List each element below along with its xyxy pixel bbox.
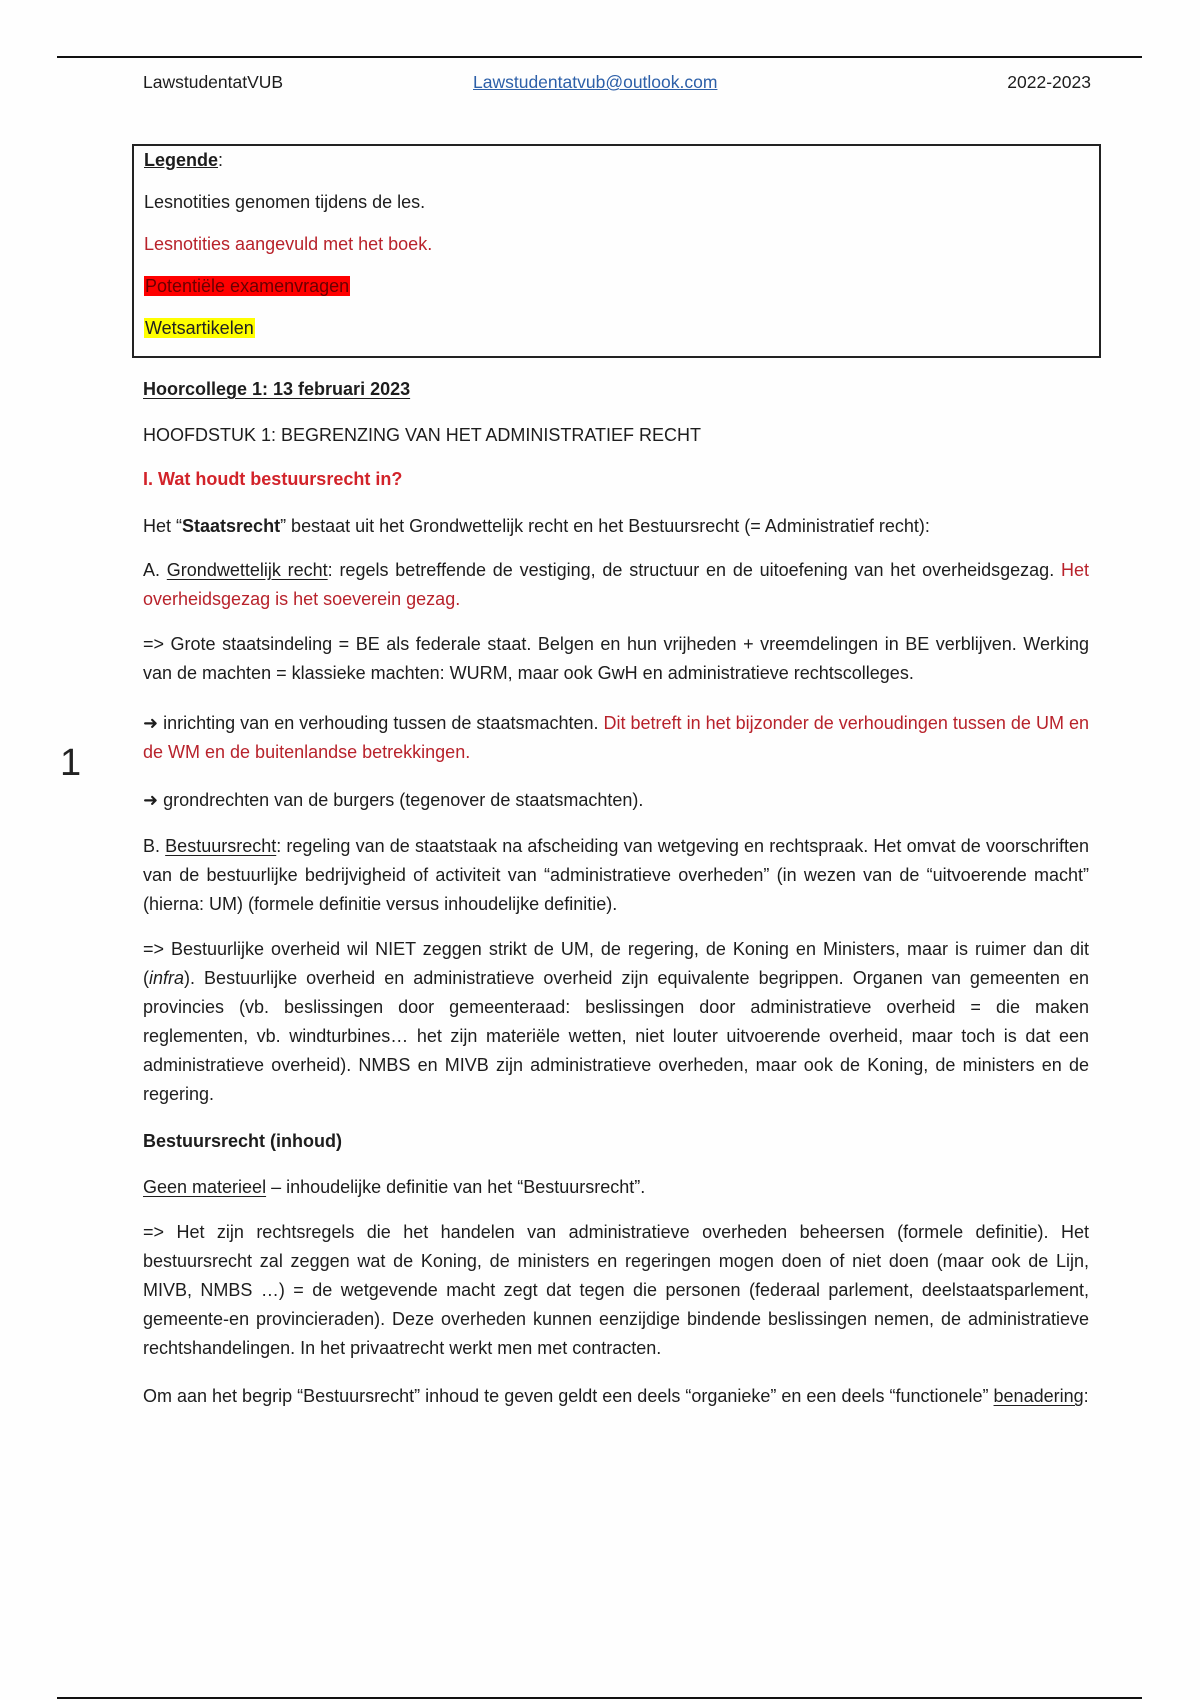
paragraph-benadering: Om aan het begrip “Bestuursrecht” inhoud… — [143, 1382, 1089, 1411]
footer-rule — [57, 1697, 1142, 1699]
paragraph-bestuurlijke-overheid: => Bestuurlijke overheid wil NIET zeggen… — [143, 935, 1089, 1109]
paragraph-grondwettelijk-recht: A. Grondwettelijk recht: regels betreffe… — [143, 556, 1089, 614]
section-title: I. Wat houdt bestuursrecht in? — [143, 465, 1089, 494]
subheading-bestuursrecht-inhoud: Bestuursrecht (inhoud) — [143, 1127, 1089, 1156]
legend-item-law-articles: Wetsartikelen — [144, 316, 255, 340]
paragraph-staatsindeling: => Grote staatsindeling = BE als federal… — [143, 630, 1089, 688]
header-email-link[interactable]: Lawstudentatvub@outlook.com — [473, 72, 717, 93]
header-year: 2022-2023 — [1007, 72, 1091, 93]
lecture-title: Hoorcollege 1: 13 februari 2023 — [143, 375, 1089, 404]
paragraph-rechtsregels: => Het zijn rechtsregels die het handele… — [143, 1218, 1089, 1363]
legend-box: Legende: Lesnotities genomen tijdens de … — [132, 144, 1101, 358]
page-header: LawstudentatVUB Lawstudentatvub@outlook.… — [143, 72, 1091, 98]
legend-item-exam-questions: Potentiële examenvragen — [144, 274, 350, 298]
legend-heading: Legende: — [144, 148, 223, 172]
legend-item-book-notes: Lesnotities aangevuld met het boek. — [144, 232, 432, 256]
paragraph-geen-materieel: Geen materieel – inhoudelijke definitie … — [143, 1173, 1089, 1202]
paragraph-staatsrecht: Het “Staatsrecht” bestaat uit het Grondw… — [143, 512, 1089, 541]
paragraph-bestuursrecht: B. Bestuursrecht: regeling van de staats… — [143, 832, 1089, 919]
arrow-icon: ➜ — [143, 713, 158, 733]
paragraph-inrichting: ➜ inrichting van en verhouding tussen de… — [143, 709, 1089, 767]
header-rule — [57, 56, 1142, 58]
header-author: LawstudentatVUB — [143, 72, 283, 93]
legend-item-class-notes: Lesnotities genomen tijdens de les. — [144, 190, 425, 214]
chapter-title: HOOFDSTUK 1: BEGRENZING VAN HET ADMINIST… — [143, 421, 1089, 450]
paragraph-grondrechten: ➜ grondrechten van de burgers (tegenover… — [143, 786, 1089, 815]
arrow-icon: ➜ — [143, 790, 158, 810]
page-number: 1 — [60, 742, 81, 785]
